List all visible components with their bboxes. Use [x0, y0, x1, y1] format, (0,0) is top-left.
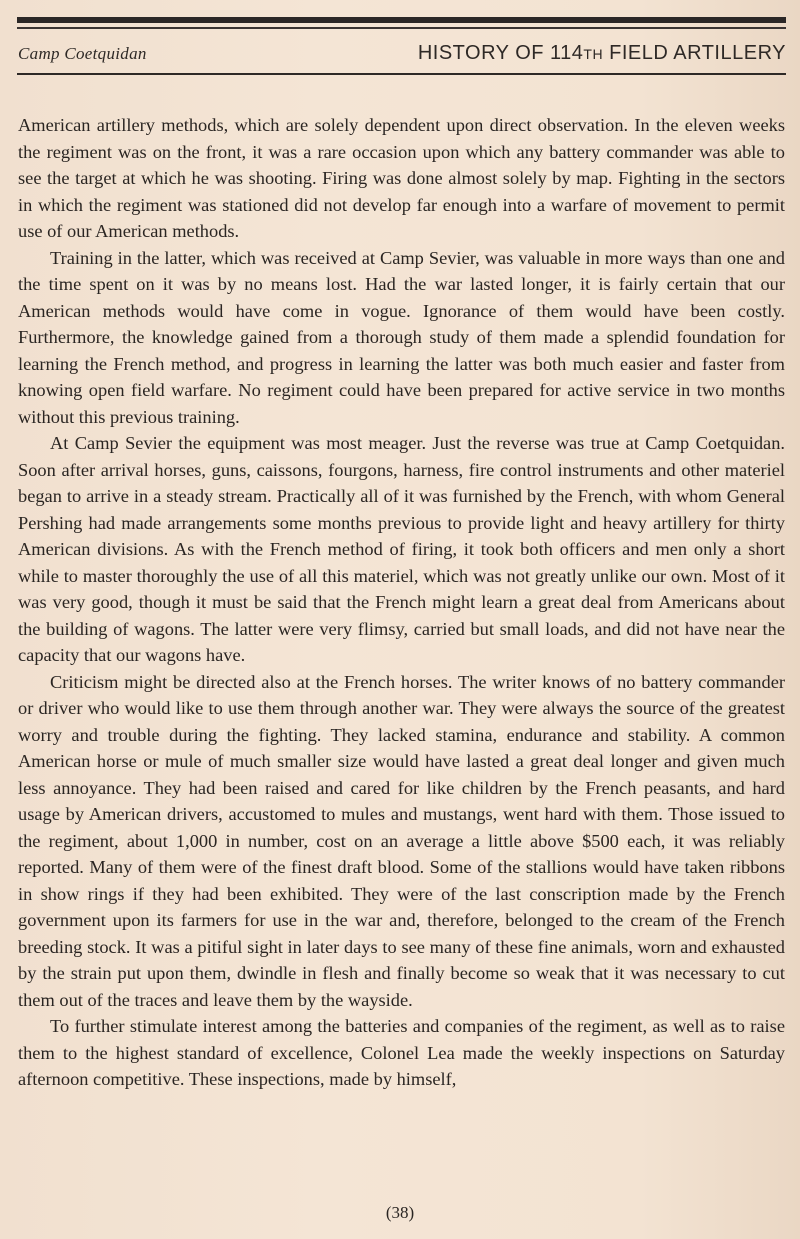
running-head: Camp Coetquidan HISTORY OF 114TH FIELD A…	[17, 40, 786, 70]
paragraph: To further stimulate interest among the …	[18, 1013, 785, 1093]
paragraph: At Camp Sevier the equipment was most me…	[18, 430, 785, 669]
paragraph: Criticism might be directed also at the …	[18, 669, 785, 1014]
book-title-ordinal-suffix: TH	[583, 46, 603, 62]
header-rule-bottom	[17, 73, 786, 75]
page-number: (38)	[0, 1203, 800, 1223]
paragraph: Training in the latter, which was receiv…	[18, 245, 785, 431]
chapter-title: Camp Coetquidan	[18, 44, 147, 64]
book-title-prefix: HISTORY OF 114	[418, 42, 584, 64]
book-page: Camp Coetquidan HISTORY OF 114TH FIELD A…	[0, 0, 800, 1239]
book-title-rest: FIELD ARTILLERY	[603, 42, 786, 64]
header-rule-thick	[17, 17, 786, 23]
body-text: American artillery methods, which are so…	[18, 112, 785, 1093]
header-rule-thin	[17, 27, 786, 29]
book-title: HISTORY OF 114TH FIELD ARTILLERY	[418, 42, 786, 65]
paragraph: American artillery methods, which are so…	[18, 112, 785, 245]
